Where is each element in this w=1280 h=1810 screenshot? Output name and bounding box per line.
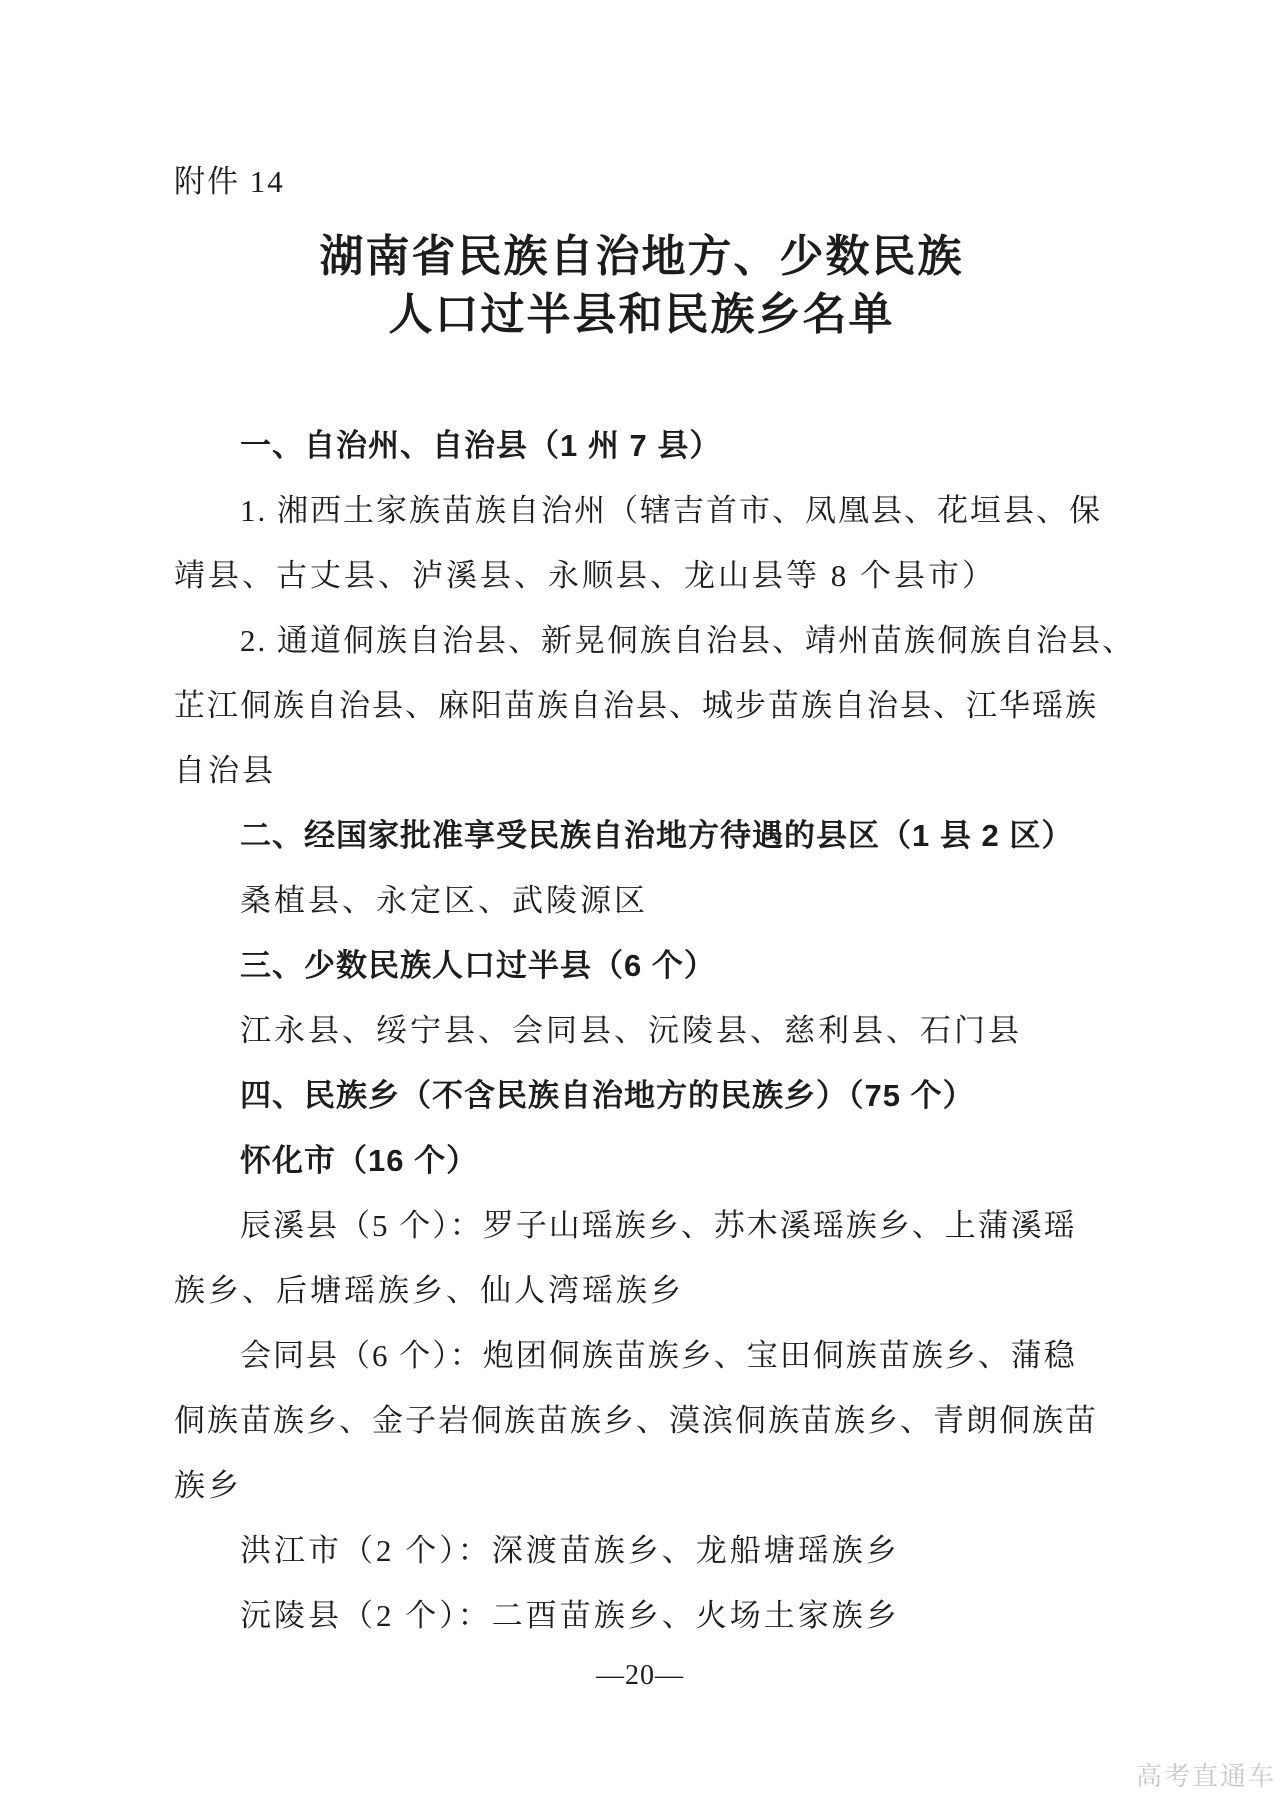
section-heading-line: 二、经国家批准享受民族自治地方待遇的县区（1 县 2 区）: [174, 803, 1109, 868]
document-line: 会同县（6 个）：炮团侗族苗族乡、宝田侗族苗族乡、蒲稳: [174, 1323, 1109, 1388]
section-heading-line: 三、少数民族人口过半县（6 个）: [174, 933, 1109, 998]
section-heading-line: 四、民族乡（不含民族自治地方的民族乡）（75 个）: [174, 1063, 1109, 1128]
section-heading-line: 一、自治州、自治县（1 州 7 县）: [174, 413, 1109, 478]
attachment-label: 附件 14: [174, 156, 285, 201]
document-line: 沅陵县（2 个）：二酉苗族乡、火场土家族乡: [174, 1583, 1109, 1648]
document-line: 2. 通道侗族自治县、新晃侗族自治县、靖州苗族侗族自治县、: [174, 608, 1109, 673]
document-line: 洪江市（2 个）：深渡苗族乡、龙船塘瑶族乡: [174, 1518, 1109, 1583]
document-line: 族乡、后塘瑶族乡、仙人湾瑶族乡: [174, 1258, 1109, 1323]
document-title: 湖南省民族自治地方、少数民族 人口过半县和民族乡名单: [174, 228, 1109, 344]
watermark: 高考直通车: [1136, 1756, 1276, 1793]
page-number: —20—: [0, 1660, 1280, 1692]
document-line: 侗族苗族乡、金子岩侗族苗族乡、漠滨侗族苗族乡、青朗侗族苗: [174, 1388, 1109, 1453]
document-line: 桑植县、永定区、武陵源区: [174, 868, 1109, 933]
document-line: 1. 湘西土家族苗族自治州（辖吉首市、凤凰县、花垣县、保: [174, 478, 1109, 543]
document-line: 辰溪县（5 个）：罗子山瑶族乡、苏木溪瑶族乡、上蒲溪瑶: [174, 1193, 1109, 1258]
document-title-line-2: 人口过半县和民族乡名单: [174, 286, 1109, 344]
document-line: 江永县、绥宁县、会同县、沅陵县、慈利县、石门县: [174, 998, 1109, 1063]
document-line: 靖县、古丈县、泸溪县、永顺县、龙山县等 8 个县市）: [174, 543, 1109, 608]
section-heading-line: 怀化市（16 个）: [174, 1128, 1109, 1193]
document-body: 一、自治州、自治县（1 州 7 县）1. 湘西土家族苗族自治州（辖吉首市、凤凰县…: [174, 413, 1109, 1648]
document-line: 族乡: [174, 1453, 1109, 1518]
document-page: 附件 14 湖南省民族自治地方、少数民族 人口过半县和民族乡名单 一、自治州、自…: [0, 0, 1280, 1810]
document-line: 芷江侗族自治县、麻阳苗族自治县、城步苗族自治县、江华瑶族: [174, 673, 1109, 738]
document-line: 自治县: [174, 738, 1109, 803]
document-title-line-1: 湖南省民族自治地方、少数民族: [174, 228, 1109, 286]
